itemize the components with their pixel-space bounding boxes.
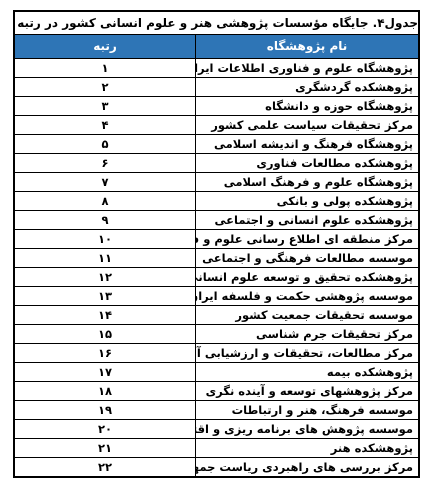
institute-name-cell: پژوهشگاه حوزه و دانشگاه (195, 97, 418, 115)
rank-cell: ۱۲ (15, 268, 195, 286)
institute-name-cell: پژوهشکده تحقیق و توسعه علوم انسانی (سمت) (195, 268, 418, 286)
institute-name-cell: پژوهشکده پولی و بانکی (195, 192, 418, 210)
institute-name-cell: پژوهشگاه علوم و فرهنگ اسلامی (195, 173, 418, 191)
rank-cell: ۱۱ (15, 249, 195, 267)
table-row: موسسه پژوهشی حکمت و فلسفه ایران ۱۳ (15, 287, 418, 306)
rank-cell: ۱ (15, 59, 195, 77)
table-row: پژوهشگاه علوم و فناوری اطلاعات ایران (ای… (15, 59, 418, 78)
table-row: پژوهشگاه حوزه و دانشگاه ۳ (15, 97, 418, 116)
table-title: جدول۴. جایگاه مؤسسات پژوهشی هنر و علوم ا… (15, 12, 418, 35)
table-row: پژوهشکده علوم انسانی و اجتماعی ۹ (15, 211, 418, 230)
rank-cell: ۳ (15, 97, 195, 115)
institute-name-cell: پژوهشکده بیمه (195, 363, 418, 381)
institute-name-cell: پژوهشکده مطالعات فناوری (195, 154, 418, 172)
page: جدول۴. جایگاه مؤسسات پژوهشی هنر و علوم ا… (0, 0, 430, 489)
institute-name-cell: مرکز منطقه ای اطلاع رسانی علوم و فناوری (195, 230, 418, 248)
rank-cell: ۱۳ (15, 287, 195, 305)
institute-name-cell: موسسه مطالعات فرهنگی و اجتماعی (195, 249, 418, 267)
institute-name-cell: پژوهشکده گردشگری (195, 78, 418, 96)
table-row: پژوهشکده پولی و بانکی ۸ (15, 192, 418, 211)
table-row: مرکز تحقیقات سیاست علمی کشور ۴ (15, 116, 418, 135)
table-row: موسسه مطالعات فرهنگی و اجتماعی ۱۱ (15, 249, 418, 268)
table-row: پژوهشگاه علوم و فرهنگ اسلامی ۷ (15, 173, 418, 192)
institute-name-cell: مرکز تحقیقات جرم شناسی (195, 325, 418, 343)
table-row: موسسه فرهنگ، هنر و ارتباطات ۱۹ (15, 401, 418, 420)
table-row: موسسه پژوهش های برنامه ریزی و اقتصاد کشا… (15, 420, 418, 439)
institute-name-cell: موسسه فرهنگ، هنر و ارتباطات (195, 401, 418, 419)
ranking-table: جدول۴. جایگاه مؤسسات پژوهشی هنر و علوم ا… (13, 10, 420, 478)
rank-cell: ۹ (15, 211, 195, 229)
rank-cell: ۱۸ (15, 382, 195, 400)
table-row: مرکز تحقیقات جرم شناسی ۱۵ (15, 325, 418, 344)
table-row: پژوهشکده مطالعات فناوری ۶ (15, 154, 418, 173)
institute-name-cell: موسسه پژوهش های برنامه ریزی و اقتصاد کشا… (195, 420, 418, 438)
institute-name-cell: مرکز پژوهشهای توسعه و آینده نگری (195, 382, 418, 400)
table-row: پژوهشگاه فرهنگ و اندیشه اسلامی ۵ (15, 135, 418, 154)
table-header-row: نام پژوهشگاه رتبه (15, 35, 418, 59)
table-row: پژوهشکده بیمه ۱۷ (15, 363, 418, 382)
institute-name-cell: موسسه پژوهشی حکمت و فلسفه ایران (195, 287, 418, 305)
rank-cell: ۲۱ (15, 439, 195, 457)
table-row: پژوهشکده گردشگری ۲ (15, 78, 418, 97)
rank-cell: ۱۷ (15, 363, 195, 381)
rank-cell: ۴ (15, 116, 195, 134)
rank-cell: ۲۲ (15, 458, 195, 476)
rank-cell: ۲۰ (15, 420, 195, 438)
header-rank-column: رتبه (15, 35, 195, 58)
institute-name-cell: پژوهشکده علوم انسانی و اجتماعی (195, 211, 418, 229)
header-institute-name-column: نام پژوهشگاه (195, 35, 418, 58)
table-row: مرکز بررسی های راهبردی ریاست جمهوری ۲۲ (15, 458, 418, 476)
rank-cell: ۱۰ (15, 230, 195, 248)
institute-name-cell: مرکز مطالعات، تحقیقات و ارزشیابی آموزشی (195, 344, 418, 362)
institute-name-cell: مرکز بررسی های راهبردی ریاست جمهوری (195, 458, 418, 476)
rank-cell: ۱۵ (15, 325, 195, 343)
rank-cell: ۱۶ (15, 344, 195, 362)
rank-cell: ۶ (15, 154, 195, 172)
rank-cell: ۸ (15, 192, 195, 210)
rank-cell: ۱۹ (15, 401, 195, 419)
institute-name-cell: پژوهشکده هنر (195, 439, 418, 457)
table-row: مرکز مطالعات، تحقیقات و ارزشیابی آموزشی … (15, 344, 418, 363)
institute-name-cell: مرکز تحقیقات سیاست علمی کشور (195, 116, 418, 134)
table-row: مرکز پژوهشهای توسعه و آینده نگری ۱۸ (15, 382, 418, 401)
institute-name-cell: موسسه تحقیقات جمعیت کشور (195, 306, 418, 324)
table-body: پژوهشگاه علوم و فناوری اطلاعات ایران (ای… (15, 59, 418, 476)
rank-cell: ۵ (15, 135, 195, 153)
institute-name-cell: پژوهشگاه فرهنگ و اندیشه اسلامی (195, 135, 418, 153)
table-row: مرکز منطقه ای اطلاع رسانی علوم و فناوری … (15, 230, 418, 249)
rank-cell: ۲ (15, 78, 195, 96)
institute-name-cell: پژوهشگاه علوم و فناوری اطلاعات ایران (ای… (195, 59, 418, 77)
table-row: پژوهشکده تحقیق و توسعه علوم انسانی (سمت)… (15, 268, 418, 287)
table-row: پژوهشکده هنر ۲۱ (15, 439, 418, 458)
table-row: موسسه تحقیقات جمعیت کشور ۱۴ (15, 306, 418, 325)
rank-cell: ۷ (15, 173, 195, 191)
rank-cell: ۱۴ (15, 306, 195, 324)
